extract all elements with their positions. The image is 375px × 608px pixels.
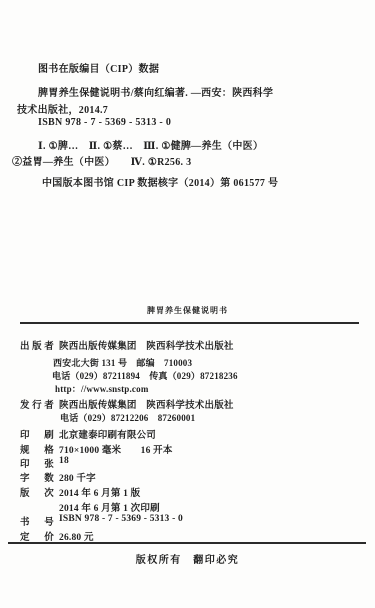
colophon-row-label: 出版者 — [20, 338, 54, 352]
colophon-row-label: 印刷 — [20, 427, 54, 441]
colophon-row-label: 发行者 — [20, 397, 54, 411]
colophon-row: 出版者 陕西出版传媒集团 陕西科学技术出版社 — [20, 338, 234, 352]
book-isbn-value: ISBN 978 - 7 - 5369 - 5313 - 0 — [59, 514, 183, 528]
cip-isbn-line: ISBN 978 - 7 - 5369 - 5313 - 0 — [38, 117, 171, 128]
divider-bottom — [8, 542, 366, 544]
colophon-row-value: 280 千字 — [59, 470, 96, 484]
colophon-row: http：//www.snstp.com — [55, 382, 149, 395]
colophon-row: 字数 280 千字 — [20, 470, 96, 484]
cip-title-line-2: 技术出版社，2014.7 — [17, 101, 108, 116]
colophon-row-value: 18 — [59, 456, 69, 470]
colophon-row: 定价 26.80 元 — [20, 529, 94, 543]
cip-classification-line-2: ②益胃—养生（中医） Ⅳ. ①R256. 3 — [12, 153, 191, 168]
divider-top — [20, 322, 359, 324]
colophon-row: 发行者 陕西出版传媒集团 陕西科学技术出版社 — [20, 397, 234, 411]
colophon-row-value: 710×1000 毫米 16 开本 — [59, 442, 173, 456]
colophon-row: 印刷 北京建泰印刷有限公司 — [20, 427, 156, 441]
colophon-row-label: 规格 — [20, 442, 54, 456]
colophon-row: 版次 2014 年 6 月第 1 版 — [20, 485, 140, 499]
colophon-row-value: 2014 年 6 月第 1 次印刷 — [59, 500, 160, 514]
cip-title-line-1: 脾胃养生保健说明书/蔡向红编著. —西安：陕西科学 — [38, 84, 273, 99]
colophon-row: 书号 ISBN 978 - 7 - 5369 - 5313 - 0 — [20, 514, 183, 528]
colophon-row-label: 字数 — [20, 470, 54, 484]
cip-record-line: 中国版本图书馆 CIP 数据核字（2014）第 061577 号 — [42, 174, 278, 189]
colophon-row-value: 西安北大街 131 号 邮编 710003 — [53, 356, 192, 369]
colophon-row-value: 电话（029）87212206 87260001 — [60, 411, 195, 424]
colophon-row-value: 2014 年 6 月第 1 版 — [59, 485, 140, 499]
colophon-row-label: 版次 — [20, 485, 54, 499]
colophon-row: 规格 710×1000 毫米 16 开本 — [20, 442, 173, 456]
colophon-row-label: 定价 — [20, 529, 54, 543]
colophon-row-value: 电话（029）87211894 传真（029）87218236 — [52, 369, 238, 382]
colophon-row: 西安北大街 131 号 邮编 710003 — [53, 356, 192, 369]
colophon-row: 电话（029）87211894 传真（029）87218236 — [52, 369, 238, 382]
colophon-row-value: 陕西出版传媒集团 陕西科学技术出版社 — [59, 338, 234, 352]
colophon-row: 印张 18 — [20, 456, 69, 470]
colophon-row-label: 书号 — [20, 514, 54, 528]
colophon-row: 2014 年 6 月第 1 次印刷 — [59, 500, 160, 514]
colophon-row-label: 印张 — [20, 456, 54, 470]
book-price-value: 26.80 元 — [59, 529, 94, 543]
colophon-row: 电话（029）87212206 87260001 — [60, 411, 195, 424]
colophon-row-value: 陕西出版传媒集团 陕西科学技术出版社 — [59, 397, 234, 411]
running-head-title: 脾胃养生保健说明书 — [0, 305, 375, 316]
colophon-row-value: 北京建泰印刷有限公司 — [59, 427, 156, 441]
copyright-notice: 版权所有 翻印必究 — [0, 551, 375, 566]
copyright-page: 图书在版编目（CIP）数据 脾胃养生保健说明书/蔡向红编著. —西安：陕西科学 … — [0, 0, 375, 608]
cip-classification-line-1: Ⅰ. ①脾… Ⅱ. ①蔡… Ⅲ. ①健脾—养生（中医） — [38, 137, 263, 152]
cip-heading: 图书在版编目（CIP）数据 — [38, 60, 159, 75]
publisher-url: http：//www.snstp.com — [55, 382, 149, 395]
